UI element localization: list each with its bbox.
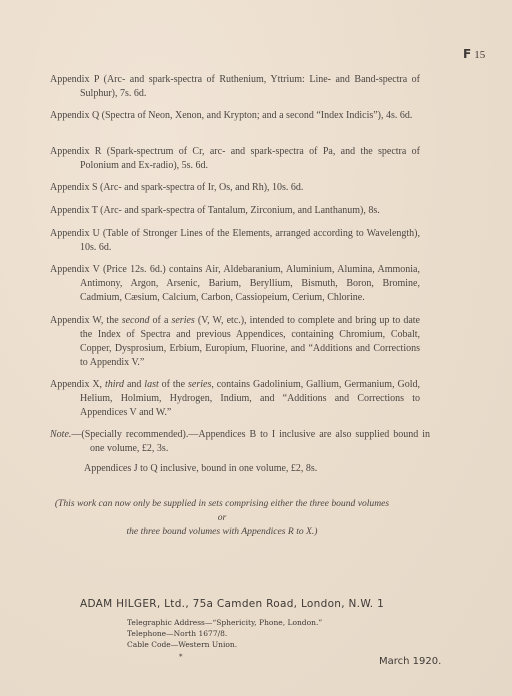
appendix-r: Appendix R (Spark-spectrum of Cr, arc- a… [50, 145, 420, 173]
note-label: Note. [50, 429, 71, 440]
appendix-x-italic: series [188, 379, 211, 390]
supply-notice: (This work can now only be supplied in s… [52, 497, 392, 539]
appendix-s: Appendix S (Arc- and spark-spectra of Ir… [50, 181, 420, 195]
telegraphic-address: Telegraphic Address—“Sphericity, Phone, … [127, 618, 322, 627]
appendix-x-text: of the [159, 379, 188, 390]
appendix-x-italic: third [105, 379, 124, 390]
appendix-w-text: Appendix W, the [50, 315, 122, 326]
appendix-w-italic: series [171, 315, 194, 326]
supply-notice-line2: the three bound volumes with Appendices … [52, 525, 392, 539]
note: Note.—(Specially recommended).—Appendice… [50, 428, 430, 456]
appendix-p: Appendix P (Arc- and spark-spectra of Ru… [50, 73, 420, 101]
bound-j-to-q: Appendices J to Q inclusive, bound in on… [84, 463, 317, 474]
appendix-q: Appendix Q (Spectra of Neon, Xenon, and … [50, 109, 420, 123]
asterisk-mark: * [179, 653, 183, 661]
cable-code: Cable Code—Western Union. [127, 640, 237, 649]
telephone: Telephone—North 1677/8. [127, 629, 227, 638]
appendix-w: Appendix W, the second of a series (V, W… [50, 314, 420, 370]
page-number-value: 15 [474, 49, 485, 61]
appendix-w-text: of a [149, 315, 171, 326]
company-address: ADAM HILGER, Ltd., 75a Camden Road, Lond… [80, 598, 384, 610]
page-number: F15 [463, 47, 485, 61]
appendix-x: Appendix X, third and last of the series… [50, 378, 420, 420]
appendix-x-text: Appendix X, [50, 379, 105, 390]
supply-notice-line1: (This work can now only be supplied in s… [52, 497, 392, 525]
appendix-u: Appendix U (Table of Stronger Lines of t… [50, 227, 420, 255]
appendix-x-italic: last [144, 379, 158, 390]
appendix-w-italic: second [122, 315, 150, 326]
appendix-v: Appendix V (Price 12s. 6d.) contains Air… [50, 263, 420, 305]
appendix-x-text: and [124, 379, 144, 390]
publisher-footer: ADAM HILGER, Ltd., 75a Camden Road, Lond… [80, 598, 384, 610]
publication-date: March 1920. [379, 656, 441, 667]
appendix-t: Appendix T (Arc- and spark-spectra of Ta… [50, 204, 420, 218]
page-letter: F [463, 47, 471, 61]
note-text: —(Specially recommended).—Appendices B t… [71, 429, 430, 454]
